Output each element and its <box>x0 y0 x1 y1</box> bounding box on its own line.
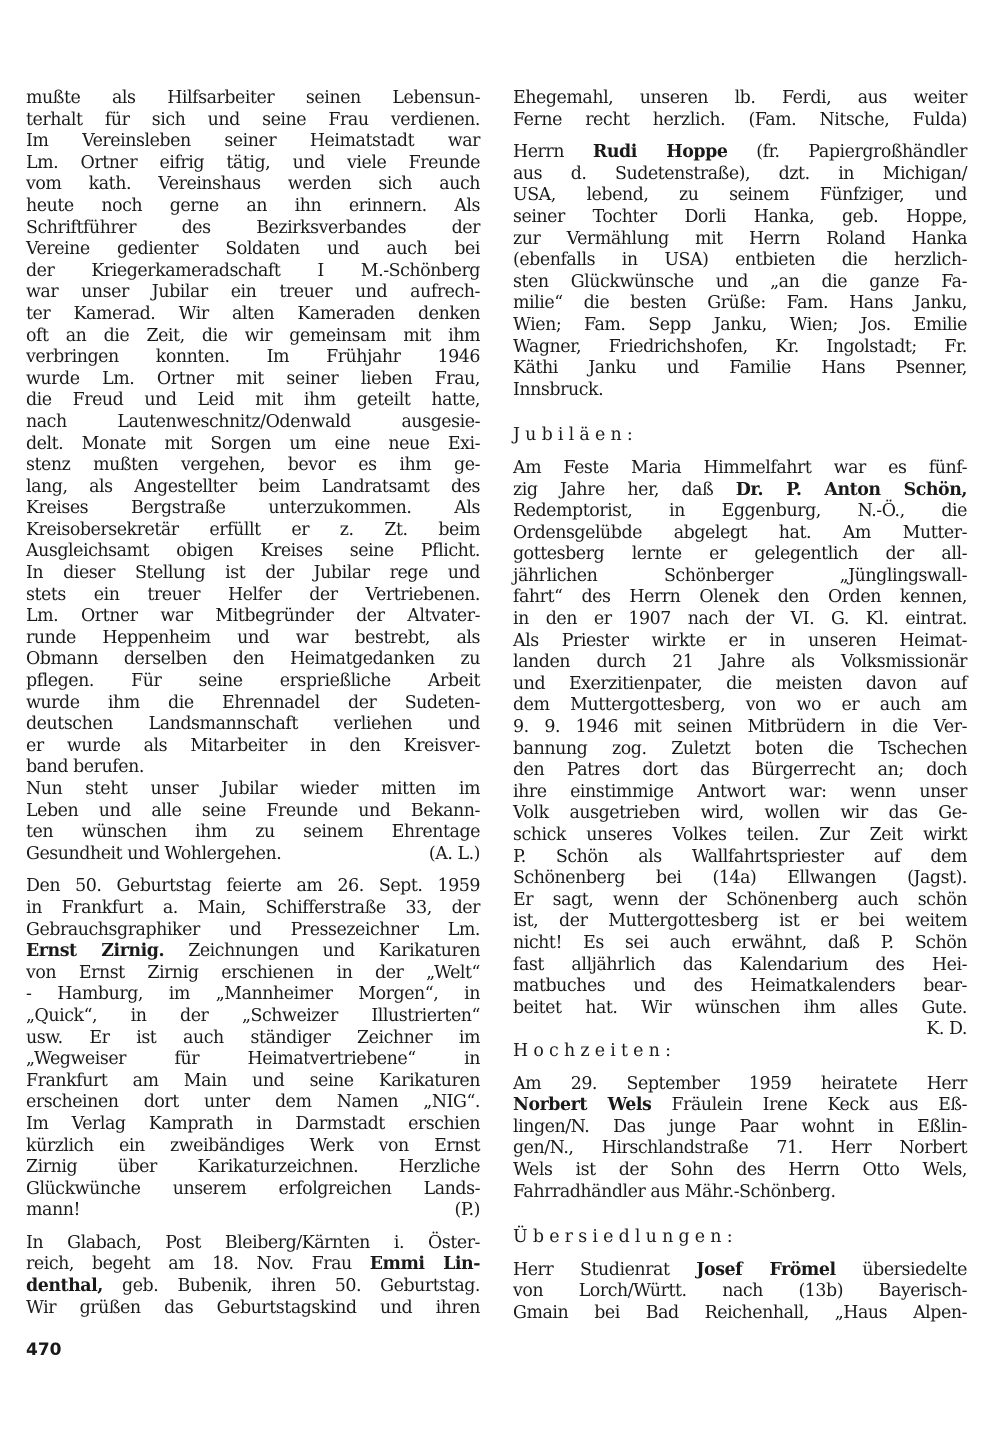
text-line: wurde ihm die Ehrennadel der Sudeten- <box>26 693 480 715</box>
text-line: zur Vermählung mit Herrn Roland Hanka <box>513 229 967 251</box>
article-lindenthal-continued: Ehegemahl, unseren lb. Ferdi, aus weiter… <box>513 88 967 131</box>
text-fragment: mann! <box>26 1200 80 1222</box>
text-line: vom kath. Vereinshaus werden sich auch <box>26 174 480 196</box>
text-fragment: Gesundheit und Wohlergehen. <box>26 844 281 866</box>
text-line: dem Muttergottesberg, von wo er auch am <box>513 695 967 717</box>
text-line: Innsbruck. <box>513 380 967 402</box>
signature-line: Gesundheit und Wohlergehen. (A. L.) <box>26 844 480 866</box>
text-fragment: reich, begeht am 18. Nov. Frau <box>26 1254 370 1274</box>
text-line: ten wünschen ihm zu seinem Ehrentage <box>26 822 480 844</box>
text-line: der Kriegerkameradschaft I M.-Schönberg <box>26 261 480 283</box>
left-column: mußte als Hilfsarbeiter seinen Lebensun-… <box>26 88 480 1319</box>
text-line: Fahrradhändler aus Mähr.-Schönberg. <box>513 1182 967 1204</box>
article-schoen: Am Feste Maria Himmelfahrt war es fünf- … <box>513 458 967 1041</box>
paragraph-gap <box>513 447 967 458</box>
person-name: Rudi Hoppe <box>593 142 728 162</box>
text-line: den Patres dort das Bürgerrecht an; doch <box>513 760 967 782</box>
text-line: deutschen Landsmannschaft verliehen und <box>26 714 480 736</box>
text-line: Wien; Fam. Sepp Janku, Wien; Jos. Emilie <box>513 315 967 337</box>
text-line: Den 50. Geburtstag feierte am 26. Sept. … <box>26 876 480 898</box>
text-line: Am Feste Maria Himmelfahrt war es fünf- <box>513 458 967 480</box>
text-line: ihre einstimmige Antwort war: wenn unser <box>513 782 967 804</box>
text-line: nach Lautenweschnitz/Odenwald ausgesie- <box>26 412 480 434</box>
text-line: landen durch 21 Jahre als Volksmissionär <box>513 652 967 674</box>
person-name: denthal, <box>26 1276 103 1296</box>
text-line: Ernst Zirnig. Zeichnungen und Karikature… <box>26 941 480 963</box>
text-line: in Frankfurt a. Main, Schifferstraße 33,… <box>26 898 480 920</box>
section-gap <box>513 401 967 425</box>
text-line: „Wegweiser für Heimatvertriebene“ in <box>26 1049 480 1071</box>
author-signature: (P.) <box>455 1200 480 1222</box>
text-line: Nun steht unser Jubilar wieder mitten im <box>26 779 480 801</box>
text-line: Kreisobersekretär erfüllt er z. Zt. beim <box>26 520 480 542</box>
text-line: gen/N., Hirschlandstraße 71. Herr Norber… <box>513 1138 967 1160</box>
text-line: seiner Tochter Dorli Hanka, geb. Hoppe, <box>513 207 967 229</box>
text-line: Redemptorist, in Eggenburg, N.-Ö., die <box>513 501 967 523</box>
text-line: band berufen. <box>26 757 480 779</box>
text-line: Im Vereinsleben seiner Heimatstadt war <box>26 131 480 153</box>
paragraph-gap <box>26 865 480 876</box>
text-line: Obmann derselben den Heimatgedanken zu <box>26 649 480 671</box>
paragraph-gap <box>513 131 967 142</box>
text-line: usw. Er ist auch ständiger Zeichner im <box>26 1028 480 1050</box>
text-line: Im Verlag Kamprath in Darmstadt erschien <box>26 1114 480 1136</box>
person-name: Ernst Zirnig. <box>26 941 164 961</box>
text-fragment: Fräulein Irene Keck aus Eß- <box>651 1095 967 1115</box>
text-line: Zirnig über Karikaturzeichnen. Herzliche <box>26 1157 480 1179</box>
text-line: aus d. Sudetenstraße), dzt. in Michigan/ <box>513 164 967 186</box>
text-line: terhalt für sich und seine Frau verdiene… <box>26 110 480 132</box>
paragraph-gap <box>513 1249 967 1260</box>
text-line: erscheinen dort unter dem Namen „NIG“. <box>26 1092 480 1114</box>
text-line: Gmain bei Bad Reichenhall, „Haus Alpen- <box>513 1303 967 1325</box>
section-heading-jubilaeen: Jubiläen: <box>513 425 967 447</box>
section-heading-hochzeiten: Hochzeiten: <box>513 1041 967 1063</box>
text-line: Er sagt, wenn der Schönenberg auch schön <box>513 890 967 912</box>
text-line: Ordensgelübde abgelegt hat. Am Mutter- <box>513 523 967 545</box>
text-line: ter Kamerad. Wir alten Kameraden denken <box>26 304 480 326</box>
text-line: milie“ die besten Grüße: Fam. Hans Janku… <box>513 293 967 315</box>
text-line: und Exerzitienpater, die meisten davon a… <box>513 674 967 696</box>
text-line: Käthi Janku und Familie Hans Psenner, <box>513 358 967 380</box>
text-fragment: Zeichnungen und Karikaturen <box>164 941 480 961</box>
text-line: delt. Monate mit Sorgen um eine neue Exi… <box>26 434 480 456</box>
text-line: Kreises Bergstraße unterzukommen. Als <box>26 498 480 520</box>
text-line: gottesberg lernte er gelegentlich der al… <box>513 544 967 566</box>
text-line: Herr Studienrat Josef Frömel übersiedelt… <box>513 1260 967 1282</box>
text-line: Norbert Wels Fräulein Irene Keck aus Eß- <box>513 1095 967 1117</box>
person-name: Norbert Wels <box>513 1095 651 1115</box>
text-line: Wagner, Friedrichshofen, Kr. Ingolstadt;… <box>513 337 967 359</box>
text-fragment: zig Jahre her, daß <box>513 480 736 500</box>
text-line: von Lorch/Württ. nach (13b) Bayerisch- <box>513 1281 967 1303</box>
text-line: war unser Jubilar ein treuer und aufrech… <box>26 282 480 304</box>
text-line: beitet hat. Wir wünschen ihm alles Gute. <box>513 998 967 1020</box>
text-line: Schönenberg bei (14a) Ellwangen (Jagst). <box>513 868 967 890</box>
text-line: sten Glückwünsche und „an die ganze Fa- <box>513 272 967 294</box>
text-line: Leben und alle seine Freunde und Bekann- <box>26 801 480 823</box>
text-line: Lm. Ortner war Mitbegründer der Altvater… <box>26 606 480 628</box>
text-line: heute noch gerne an ihn erinnern. Als <box>26 196 480 218</box>
text-line: USA, lebend, zu seinem Fünfziger, und <box>513 185 967 207</box>
text-line: kürzlich ein zweibändiges Werk von Ernst <box>26 1136 480 1158</box>
text-line: reich, begeht am 18. Nov. Frau Emmi Lin- <box>26 1254 480 1276</box>
article-ortner-continued: mußte als Hilfsarbeiter seinen Lebensun-… <box>26 88 480 865</box>
text-line: er wurde als Mitarbeiter in den Kreisver… <box>26 736 480 758</box>
text-fragment: (fr. Papiergroßhändler <box>727 142 967 162</box>
text-line: pflegen. Für seine ersprießliche Arbeit <box>26 671 480 693</box>
text-line: Vereine gedienter Soldaten und auch bei <box>26 239 480 261</box>
text-line: ist, der Muttergottesberg ist er bei wei… <box>513 911 967 933</box>
text-line: Am 29. September 1959 heiratete Herr <box>513 1074 967 1096</box>
text-line: nicht! Es sei auch erwähnt, daß P. Schön <box>513 933 967 955</box>
text-line: Glückwünche unserem erfolgreichen Lands- <box>26 1179 480 1201</box>
text-line: Wels ist der Sohn des Herrn Otto Wels, <box>513 1160 967 1182</box>
text-line: bannung zog. Zuletzt boten die Tschechen <box>513 739 967 761</box>
person-name: Emmi Lin- <box>370 1254 480 1274</box>
text-line: denthal, geb. Bubenik, ihren 50. Geburts… <box>26 1276 480 1298</box>
text-line: - Hamburg, im „Mannheimer Morgen“, in <box>26 984 480 1006</box>
person-name: Dr. P. Anton Schön, <box>736 480 967 500</box>
text-line: schick unseres Volkes teilen. Zur Zeit w… <box>513 825 967 847</box>
text-line: In Glabach, Post Bleiberg/Kärnten i. Öst… <box>26 1233 480 1255</box>
text-line: In dieser Stellung ist der Jubilar rege … <box>26 563 480 585</box>
article-zirnig: Den 50. Geburtstag feierte am 26. Sept. … <box>26 876 480 1222</box>
text-line: runde Heppenheim und war bestrebt, als <box>26 628 480 650</box>
text-line: oft an die Zeit, die wir gemeinsam mit i… <box>26 326 480 348</box>
paragraph-gap <box>26 1222 480 1233</box>
text-line: Schriftführer des Bezirksverbandes der <box>26 218 480 240</box>
text-line: lang, als Angestellter beim Landratsamt … <box>26 477 480 499</box>
text-line: die Freud und Leid mit ihm geteilt hatte… <box>26 390 480 412</box>
text-line: verbringen konnten. Im Frühjahr 1946 <box>26 347 480 369</box>
article-wels: Am 29. September 1959 heiratete Herr Nor… <box>513 1074 967 1204</box>
text-line: Lm. Ortner eifrig tätig, und viele Freun… <box>26 153 480 175</box>
text-line: stets ein treuer Helfer der Vertriebenen… <box>26 585 480 607</box>
text-fragment: Herr Studienrat <box>513 1260 696 1280</box>
text-line: „Quick“, in der „Schweizer Illustrierten… <box>26 1006 480 1028</box>
text-line: Als Priester wirkte er in unseren Heimat… <box>513 631 967 653</box>
section-heading-uebersiedlungen: Übersiedlungen: <box>513 1227 967 1249</box>
text-line: Volk ausgetrieben wird, wollen wir das G… <box>513 803 967 825</box>
text-line: Wir grüßen das Geburtstagskind und ihren <box>26 1298 480 1320</box>
section-gap <box>513 1203 967 1227</box>
text-line: fahrt“ des Herrn Olenek den Orden kennen… <box>513 587 967 609</box>
article-froemel: Herr Studienrat Josef Frömel übersiedelt… <box>513 1260 967 1325</box>
article-hoppe: Herrn Rudi Hoppe (fr. Papiergroßhändler … <box>513 142 967 401</box>
signature-line: mann! (P.) <box>26 1200 480 1222</box>
text-line: Ausgleichsamt obigen Kreises seine Pflic… <box>26 541 480 563</box>
text-line: Ehegemahl, unseren lb. Ferdi, aus weiter <box>513 88 967 110</box>
text-line: Gebrauchsgraphiker und Pressezeichner Lm… <box>26 920 480 942</box>
text-line: mußte als Hilfsarbeiter seinen Lebensun- <box>26 88 480 110</box>
text-line: Herrn Rudi Hoppe (fr. Papiergroßhändler <box>513 142 967 164</box>
article-lindenthal: In Glabach, Post Bleiberg/Kärnten i. Öst… <box>26 1233 480 1319</box>
text-line: matbuches und des Heimatkalenders bear- <box>513 976 967 998</box>
text-fragment: geb. Bubenik, ihren 50. Geburtstag. <box>103 1276 480 1296</box>
text-line: in den er 1907 nach der VI. G. Kl. eintr… <box>513 609 967 631</box>
paragraph-gap <box>513 1063 967 1074</box>
text-line: zig Jahre her, daß Dr. P. Anton Schön, <box>513 480 967 502</box>
text-line: von Ernst Zirnig erschienen in der „Welt… <box>26 963 480 985</box>
text-fragment: Herrn <box>513 142 593 162</box>
author-signature: (A. L.) <box>429 844 480 866</box>
person-name: Josef Frömel <box>696 1260 835 1280</box>
text-line: 9. 9. 1946 mit seinen Mitbrüdern in die … <box>513 717 967 739</box>
text-line: lingen/N. Das junge Paar wohnt in Eßlin- <box>513 1117 967 1139</box>
right-column: Ehegemahl, unseren lb. Ferdi, aus weiter… <box>513 88 967 1324</box>
text-line: Frankfurt am Main und seine Karikaturen <box>26 1071 480 1093</box>
text-line: P. Schön als Wallfahrtspriester auf dem <box>513 847 967 869</box>
text-line: stenz mußten vergehen, bevor es ihm ge- <box>26 455 480 477</box>
text-fragment: übersiedelte <box>836 1260 967 1280</box>
text-line: (ebenfalls in USA) entbieten die herzlic… <box>513 250 967 272</box>
text-line: wurde Lm. Ortner mit seiner lieben Frau, <box>26 369 480 391</box>
text-line: Ferne recht herzlich. (Fam. Nitsche, Ful… <box>513 110 967 132</box>
author-signature: K. D. <box>513 1019 967 1041</box>
text-line: jährlichen Schönberger „Jünglingswall- <box>513 566 967 588</box>
text-line: fast alljährlich das Kalendarium des Hei… <box>513 955 967 977</box>
page-number: 470 <box>26 1340 62 1360</box>
